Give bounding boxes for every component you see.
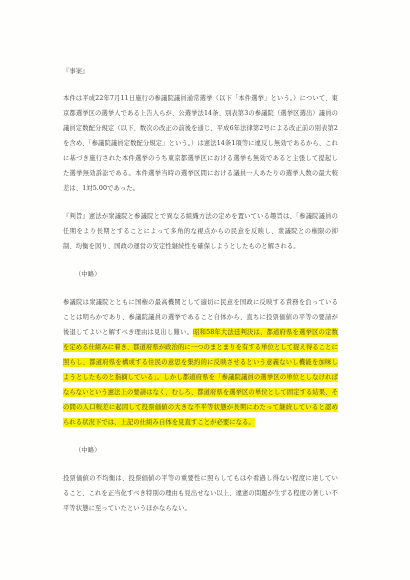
paragraph-conclusion: 投票価値の不均衡は、投票価値の平等の重要性に照らしてもはや看過し得ない程度に達し… — [63, 471, 338, 516]
paragraph-reasoning: 参議院は衆議院とともに国権の最高機関として適切に民意を国政に反映する責務を負って… — [63, 295, 338, 430]
paragraph-holding-intro: 『判旨』憲法が衆議院と参議院とで異なる組織方法の定めを置いている趣旨は、「参議院… — [63, 209, 338, 254]
omission-marker-2: （中略） — [63, 443, 338, 458]
paragraph-case-summary: 本件は平成22年7月11日施行の参議院議員通常選挙（以下「本件選挙」という。）に… — [63, 91, 338, 196]
section-heading-case: 『事案』 — [63, 64, 338, 79]
document-page: 『事案』 本件は平成22年7月11日施行の参議院議員通常選挙（以下「本件選挙」と… — [0, 0, 410, 580]
reasoning-highlighted-text: 昭和58年大法廷判決は、都道府県を選挙区の定数を定める仕組みに着き、都道府県が政… — [63, 328, 338, 427]
omission-marker-1: （中略） — [63, 267, 338, 282]
